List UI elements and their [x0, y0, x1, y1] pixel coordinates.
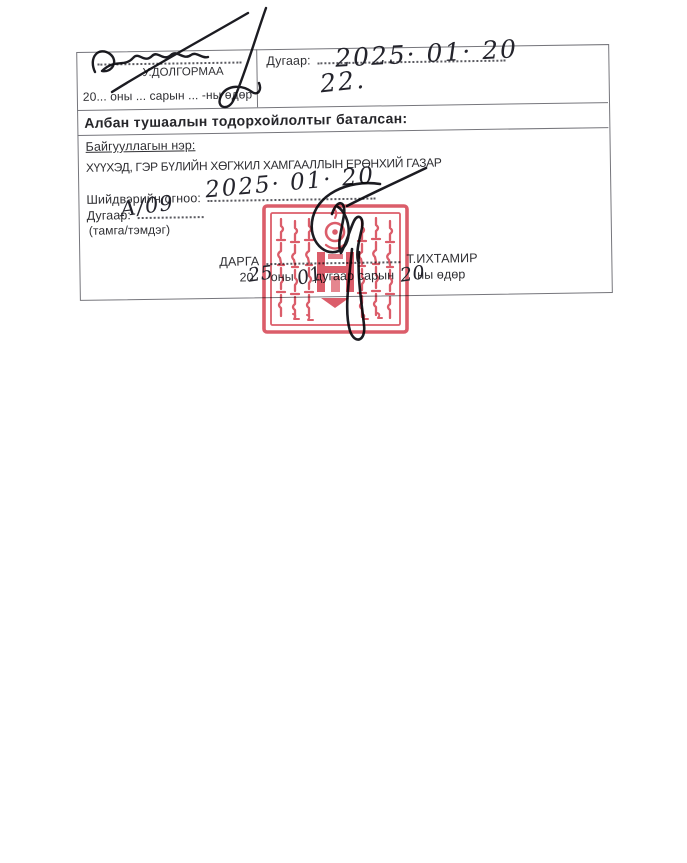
signature-dotted-line: [97, 51, 241, 66]
seal-center-emblem: [317, 209, 354, 308]
handwritten-number-top: 22.: [319, 65, 368, 99]
seal-script-column: [372, 218, 380, 315]
stamp-note: (тамга/тэмдэг): [89, 223, 171, 238]
seal-script-column: [358, 220, 366, 317]
seal-script-column: [386, 221, 394, 318]
number-label: Дугаар:: [266, 53, 311, 68]
blank-date-line: 20... оны ... сарын ... -ны өдөр: [83, 87, 253, 104]
seal-mark: [377, 313, 382, 318]
seal-script-column: [277, 219, 285, 316]
scanned-document-page: У.ДОЛГОРМАА 20... оны ... сарын ... -ны …: [0, 0, 687, 863]
handwritten-day: 20: [399, 261, 427, 286]
signatory-name: У.ДОЛГОРМАА: [142, 66, 223, 79]
official-red-seal: [262, 204, 409, 334]
org-label: Байгууллагын нэр:: [86, 138, 196, 154]
handwritten-year: 25: [247, 261, 275, 286]
